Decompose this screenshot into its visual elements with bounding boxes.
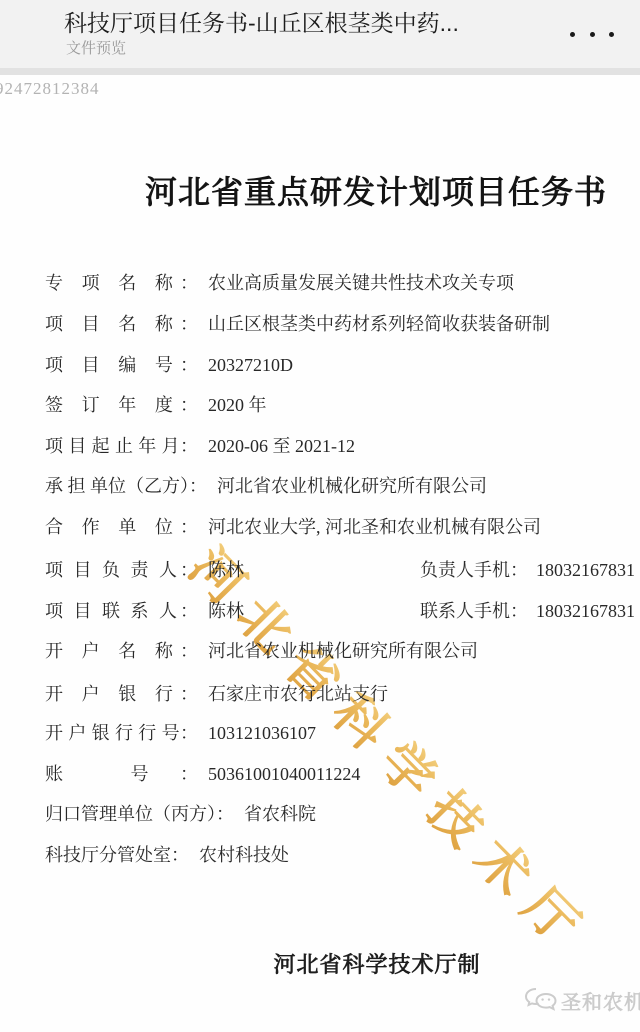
field-label: 开 户 银 行 行 号： xyxy=(45,721,198,745)
field-row: 开 户 名 称：河北省农业机械化研究所有限公司 xyxy=(45,639,635,663)
app-header: 科技厅项目任务书-山丘区根茎类中药... 文件预览 xyxy=(0,0,640,68)
corner-number-watermark: 92472812384 xyxy=(0,79,100,99)
field-row: 归口管理单位（丙方）：省农科院 xyxy=(45,802,635,826)
field-value: 2020 年 xyxy=(208,395,267,415)
dot xyxy=(590,32,595,37)
field-row: 承 担 单位（乙方）：河北省农业机械化研究所有限公司 xyxy=(45,474,635,498)
field-value: 河北省农业机械化研究所有限公司 xyxy=(208,641,478,661)
field-label: 项 目 名 称： xyxy=(45,312,198,336)
issuer-line: 河北省科学技术厅制 xyxy=(273,948,480,979)
field-label: 科技厅分管处室： xyxy=(45,843,189,867)
field-value: 陈林 xyxy=(208,601,244,621)
field-value: 山丘区根茎类中药材系列轻简收获装备研制 xyxy=(208,314,550,334)
field-value: 陈林 xyxy=(208,560,244,580)
field-row: 项 目 起 止 年 月：2020-06 至 2021-12 xyxy=(45,434,635,458)
field-value: 20327210D xyxy=(208,355,293,375)
field-label: 开 户 名 称： xyxy=(45,639,198,663)
field-row: 开 户 银 行：石家庄市农行北站支行 xyxy=(45,682,635,706)
file-preview-screen: 科技厅项目任务书-山丘区根茎类中药... 文件预览 92472812384 河北… xyxy=(0,0,640,1032)
field-value: 河北省农业机械化研究所有限公司 xyxy=(217,476,487,496)
field-label: 承 担 单位（乙方）： xyxy=(45,474,207,498)
field-value: 2020-06 至 2021-12 xyxy=(208,436,355,456)
field-row: 科技厅分管处室：农村科技处 xyxy=(45,843,635,867)
field-row: 项 目 联 系 人：陈林 联系人手机：18032167831 xyxy=(45,599,635,623)
field-value: 50361001040011224 xyxy=(208,764,360,784)
field-row: 专 项 名 称：农业高质量发展关键共性技术攻关专项 xyxy=(45,271,635,295)
field-row: 项 目 名 称：山丘区根茎类中药材系列轻简收获装备研制 xyxy=(45,312,635,336)
field-label: 归口管理单位（丙方）： xyxy=(45,802,234,826)
field-value: 103121036107 xyxy=(208,723,316,743)
field-label: 合 作 单 位： xyxy=(45,515,198,539)
field-label: 账 号： xyxy=(45,762,198,786)
field-value: 省农科院 xyxy=(244,804,316,824)
field-value: 河北农业大学, 河北圣和农业机械有限公司 xyxy=(208,517,541,537)
field-row: 项 目 负 责 人：陈林 负责人手机：18032167831 xyxy=(45,558,635,582)
field-extra-label: 联系人手机： xyxy=(420,601,528,621)
field-value: 农业高质量发展关键共性技术攻关专项 xyxy=(208,273,514,293)
dot xyxy=(609,32,614,37)
field-label: 项 目 负 责 人： xyxy=(45,558,198,582)
field-label: 项 目 编 号： xyxy=(45,353,198,377)
brand-name: 圣和农机 xyxy=(561,986,640,1015)
field-row: 开 户 银 行 行 号：103121036107 xyxy=(45,721,635,745)
document-title: 河北省重点研发计划项目任务书 xyxy=(145,167,607,213)
brand-watermark: 圣和农机 xyxy=(524,986,640,1014)
preview-label: 文件预览 xyxy=(66,40,126,58)
field-value: 农村科技处 xyxy=(199,845,289,865)
field-extra-value: 18032167831 xyxy=(536,560,635,580)
field-label: 签 订 年 度： xyxy=(45,393,198,417)
file-title: 科技厅项目任务书-山丘区根茎类中药... xyxy=(64,8,564,38)
field-row: 项 目 编 号：20327210D xyxy=(45,353,635,377)
field-label: 开 户 银 行： xyxy=(45,682,198,706)
field-value: 石家庄市农行北站支行 xyxy=(208,684,388,704)
chat-bubbles-icon xyxy=(524,987,558,1014)
header-divider xyxy=(0,68,640,75)
field-extra: 联系人手机：18032167831 xyxy=(420,599,635,623)
field-extra-value: 18032167831 xyxy=(536,601,635,621)
field-extra-label: 负责人手机： xyxy=(420,560,528,580)
field-row: 合 作 单 位：河北农业大学, 河北圣和农业机械有限公司 xyxy=(45,515,635,539)
field-label: 项 目 联 系 人： xyxy=(45,599,198,623)
field-row: 账 号：50361001040011224 xyxy=(45,762,635,786)
field-row: 签 订 年 度：2020 年 xyxy=(45,393,635,417)
field-label: 专 项 名 称： xyxy=(45,271,198,295)
diagonal-watermark: 河北省科学技术厅 xyxy=(176,528,611,969)
field-label: 项 目 起 止 年 月： xyxy=(45,434,198,458)
dot xyxy=(570,32,575,37)
field-extra: 负责人手机：18032167831 xyxy=(420,558,635,582)
more-dots-icon[interactable] xyxy=(570,24,614,44)
